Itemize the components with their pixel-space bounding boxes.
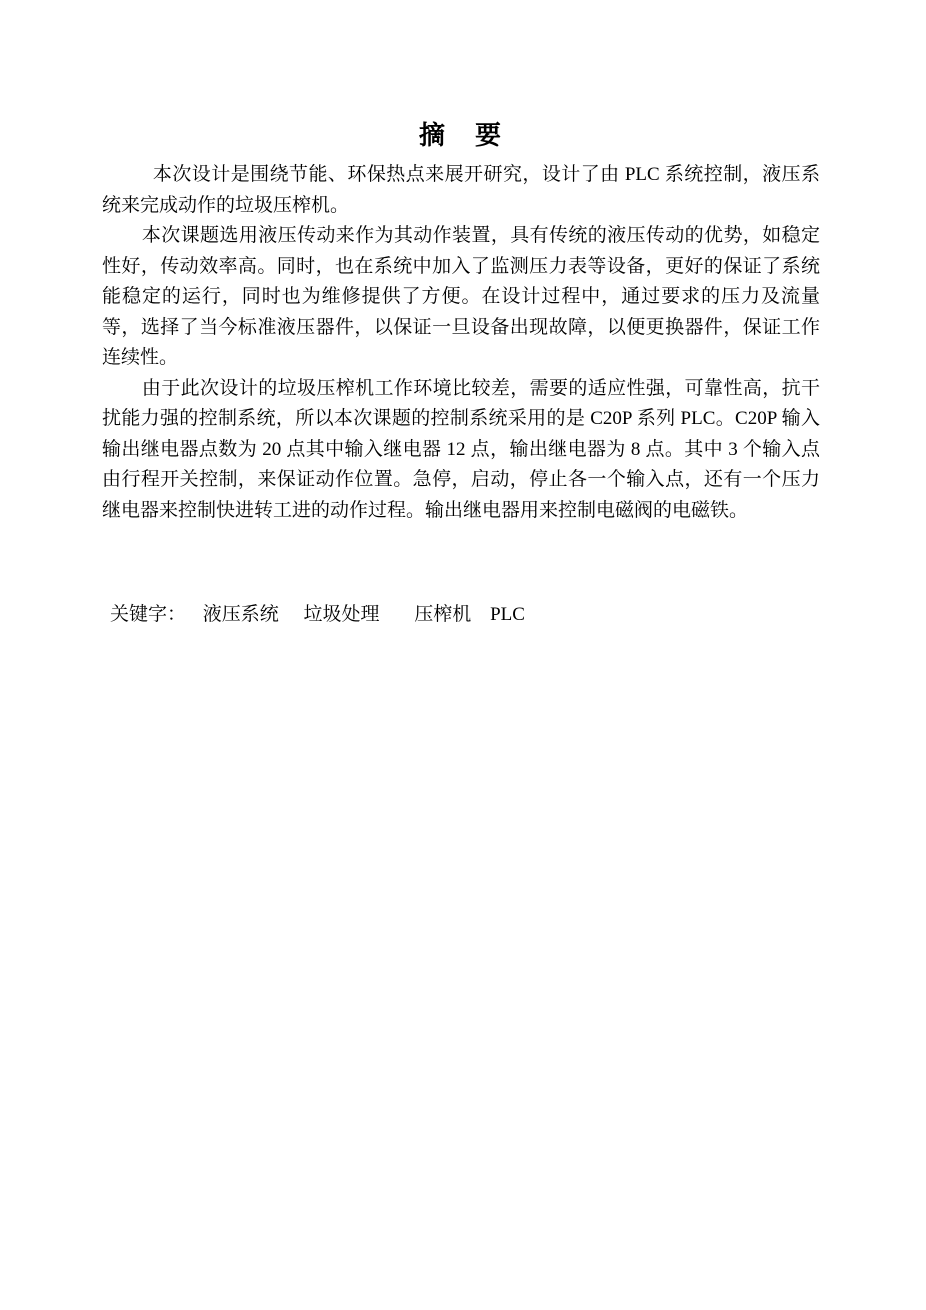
page-title: 摘 要 [102,121,820,151]
keywords-line: 关键字： 液压系统 垃圾处理 压榨机 PLC [102,600,820,630]
keyword-garbage-disposal: 垃圾处理 [304,604,380,625]
abstract-paragraph-2: 本次课题选用液压传动来作为其动作装置，具有传统的液压传动的优势，如稳定性好，传动… [102,221,820,374]
keyword-press-machine: 压榨机 [414,604,471,625]
keywords-label: 关键字： [110,604,186,625]
keyword-hydraulic-system: 液压系统 [203,604,279,625]
keyword-plc: PLC [490,604,525,625]
abstract-body: 本次设计是围绕节能、环保热点来展开研究，设计了由 PLC 系统控制，液压系统来完… [102,160,820,526]
abstract-paragraph-1: 本次设计是围绕节能、环保热点来展开研究，设计了由 PLC 系统控制，液压系统来完… [102,160,820,221]
abstract-paragraph-3: 由于此次设计的垃圾压榨机工作环境比较差，需要的适应性强，可靠性高，抗干扰能力强的… [102,374,820,527]
document-page: 摘 要 本次设计是围绕节能、环保热点来展开研究，设计了由 PLC 系统控制，液压… [0,0,926,1310]
